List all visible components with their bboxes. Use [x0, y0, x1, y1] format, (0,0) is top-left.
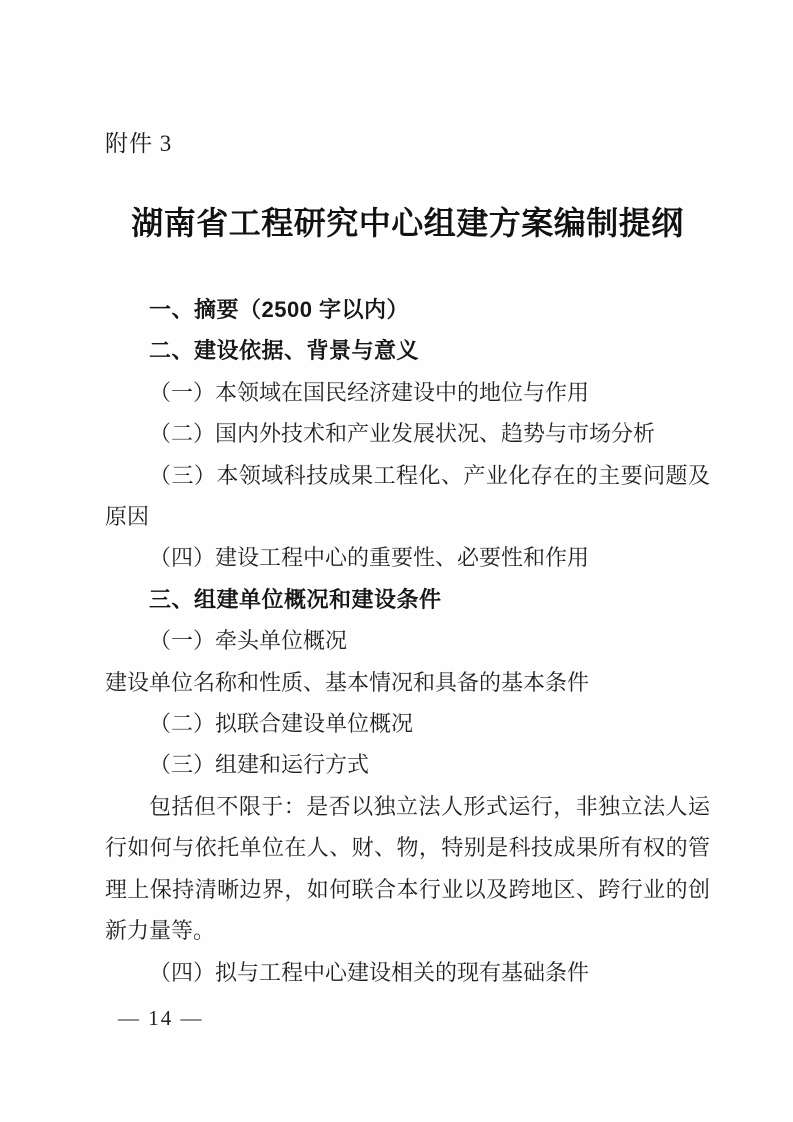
para-operation-line-4: 新力量等。: [105, 910, 710, 951]
heading-section-3-org-overview: 三、组建单位概况和建设条件: [105, 579, 710, 620]
item-2-3-problems-line-2: 原因: [105, 496, 710, 537]
item-2-3-problems-line-1: （三）本领域科技成果工程化、产业化存在的主要问题及: [105, 455, 710, 496]
item-3-4-existing-conditions: （四）拟与工程中心建设相关的现有基础条件: [105, 952, 710, 993]
para-operation-line-2: 行如何与依托单位在人、财、物，特别是科技成果所有权的管: [105, 827, 710, 868]
item-2-4-importance: （四）建设工程中心的重要性、必要性和作用: [105, 537, 710, 578]
page-number: — 14 —: [118, 1005, 204, 1031]
heading-section-1-summary: 一、摘要（2500 字以内）: [105, 289, 710, 330]
heading-section-2-basis: 二、建设依据、背景与意义: [105, 330, 710, 371]
para-operation-line-1: 包括但不限于：是否以独立法人形式运行，非独立法人运: [105, 786, 710, 827]
document-page: 附件 3 湖南省工程研究中心组建方案编制提纲 一、摘要（2500 字以内） 二、…: [0, 0, 793, 1122]
item-2-2-tech-market-analysis: （二）国内外技术和产业发展状况、趋势与市场分析: [105, 413, 710, 454]
document-body: 一、摘要（2500 字以内） 二、建设依据、背景与意义 （一）本领域在国民经济建…: [105, 289, 710, 993]
document-title: 湖南省工程研究中心组建方案编制提纲: [105, 203, 710, 243]
attachment-label: 附件 3: [105, 130, 172, 158]
item-3-1-lead-unit: （一）牵头单位概况: [105, 620, 710, 661]
note-3-1-unit-basic-info: 建设单位名称和性质、基本情况和具备的基本条件: [105, 662, 710, 703]
para-operation-line-3: 理上保持清晰边界，如何联合本行业以及跨地区、跨行业的创: [105, 869, 710, 910]
item-2-1-domain-role: （一）本领域在国民经济建设中的地位与作用: [105, 372, 710, 413]
item-3-2-joint-units: （二）拟联合建设单位概况: [105, 703, 710, 744]
item-3-3-operation-mode: （三）组建和运行方式: [105, 744, 710, 785]
